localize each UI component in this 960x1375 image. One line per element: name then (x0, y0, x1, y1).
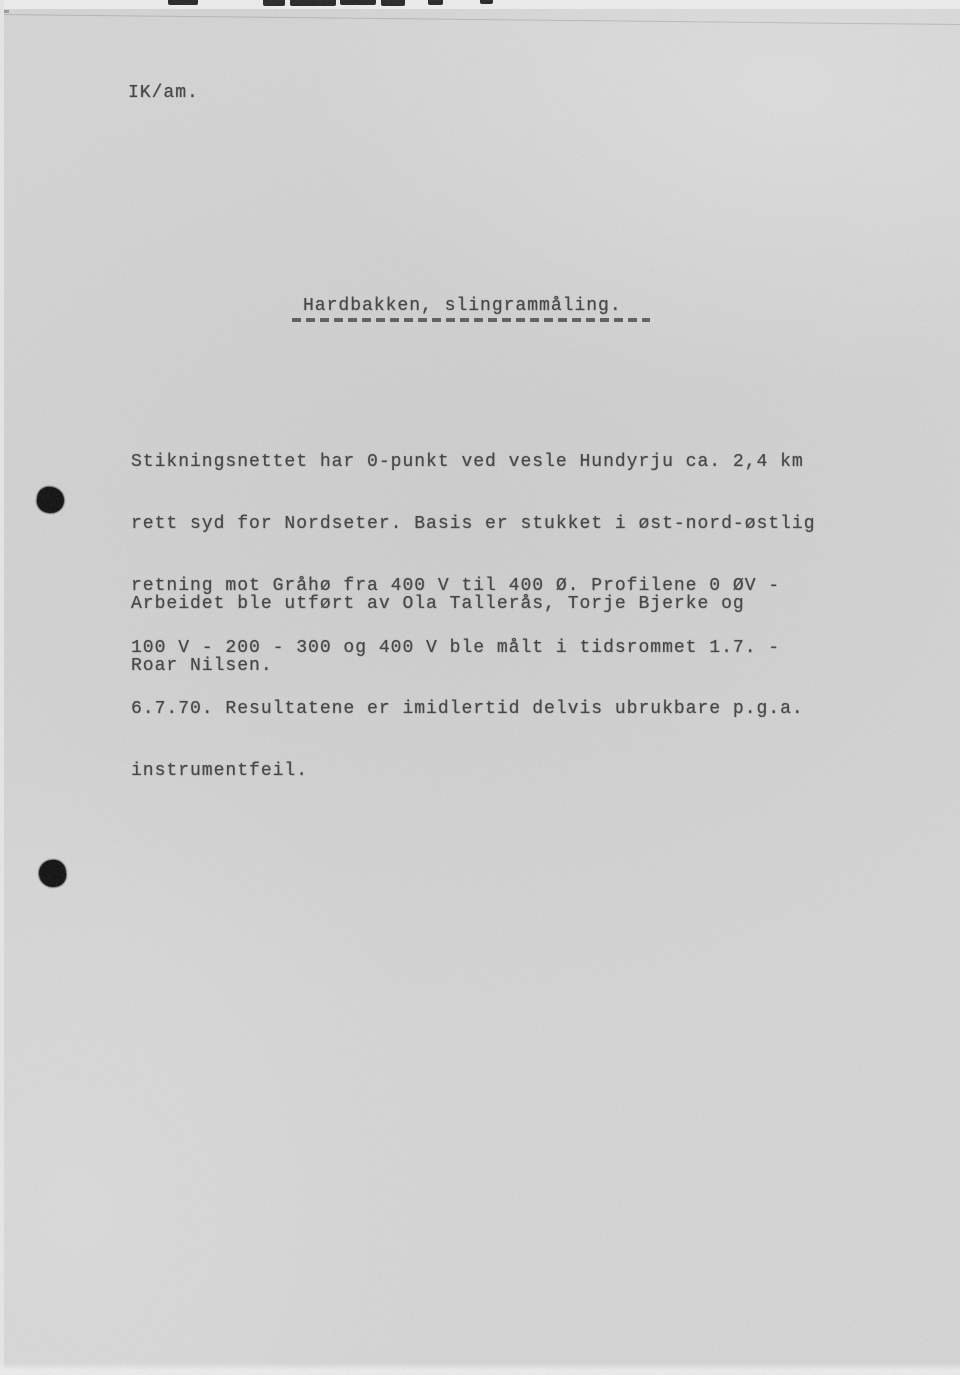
scanned-document-page: IK/am. Hardbakken, slingrammåling. Stikn… (0, 0, 960, 1375)
body-text-line: rett syd for Nordseter. Basis er stukket… (131, 514, 816, 535)
body-paragraph-credits: Arbeidet ble utført av Ola Tallerås, Tor… (131, 553, 745, 718)
scan-artifact-fragment (263, 0, 285, 6)
document-title: Hardbakken, slingrammåling. (303, 297, 622, 315)
scan-artifact-fragment (290, 0, 336, 6)
scan-artifact-fragment (381, 0, 405, 6)
scan-artifact-fragment (340, 0, 376, 5)
reference-label: IK/am. (128, 84, 199, 102)
scan-artifact-fragment (428, 0, 443, 5)
body-text-line: instrumentfeil. (131, 761, 816, 782)
ink-dot-mark (35, 485, 65, 515)
scan-artifact-fragment (168, 0, 198, 5)
body-text-line: Stikningsnettet har 0-punkt ved vesle Hu… (131, 452, 816, 473)
body-text-line: Arbeidet ble utført av Ola Tallerås, Tor… (131, 594, 745, 615)
scan-artifact-line (0, 14, 960, 25)
scan-edge-left (0, 0, 4, 1375)
scan-artifact-fragment (480, 0, 493, 4)
title-underline (292, 318, 650, 322)
ink-dot-mark (38, 859, 68, 889)
scan-edge-bottom (0, 1363, 960, 1375)
body-text-line: Roar Nilsen. (131, 656, 745, 677)
